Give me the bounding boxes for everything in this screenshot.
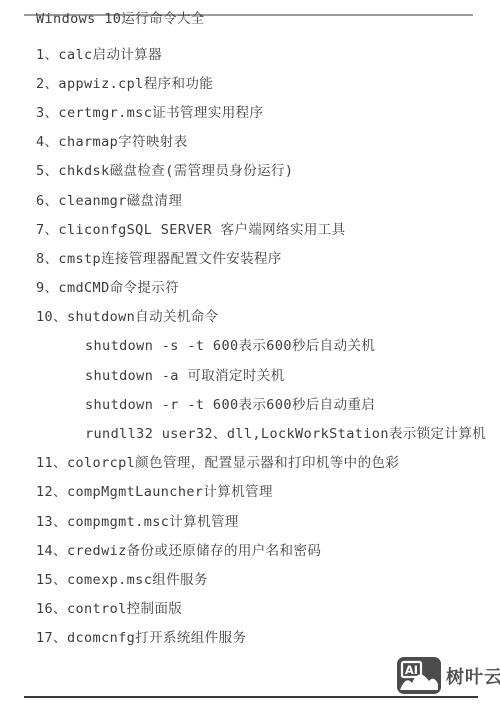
watermark: AI 树叶云	[397, 657, 500, 694]
doc-line: 10、shutdown自动关机命令	[36, 301, 494, 330]
doc-line: 17、dcomcnfg打开系统组件服务	[36, 622, 494, 651]
doc-line: shutdown -r -t 600表示600秒后自动重启	[36, 388, 494, 417]
bottom-rule	[24, 696, 478, 698]
doc-line: 11、colorcpl颜色管理，配置显示器和打印机等中的色彩	[36, 447, 494, 476]
doc-line: 12、compMgmtLauncher计算机管理	[36, 476, 494, 505]
doc-line: 3、certmgr.msc证书管理实用程序	[36, 96, 494, 125]
ai-logo-text: AI	[405, 663, 418, 677]
doc-line: 16、control控制面版	[36, 593, 494, 622]
doc-line: 13、compmgmt.msc计算机管理	[36, 505, 494, 534]
doc-line: 14、credwiz备份或还原储存的用户名和密码	[36, 534, 494, 563]
doc-line: 1、calc启动计算器	[36, 38, 494, 67]
doc-line: 5、chkdsk磁盘检查(需管理员身份运行)	[36, 155, 494, 184]
doc-line: 9、cmdCMD命令提示符	[36, 272, 494, 301]
doc-line: 15、comexp.msc组件服务	[36, 563, 494, 592]
document-title: Windows 10运行命令大全	[36, 7, 205, 27]
ai-photo-logo-icon: AI	[397, 657, 441, 694]
doc-line: shutdown -a 可取消定时关机	[36, 359, 494, 388]
doc-line: rundll32 user32、dll,LockWorkStation表示锁定计…	[36, 417, 494, 446]
doc-line: 2、appwiz.cpl程序和功能	[36, 67, 494, 96]
doc-line: shutdown -s -t 600表示600秒后自动关机	[36, 330, 494, 359]
brand-name: 树叶云	[446, 663, 500, 689]
doc-lines: 1、calc启动计算器2、appwiz.cpl程序和功能3、certmgr.ms…	[36, 38, 494, 651]
doc-line: 6、cleanmgr磁盘清理	[36, 184, 494, 213]
doc-line: 8、cmstp连接管理器配置文件安装程序	[36, 242, 494, 271]
doc-line: 7、cliconfgSQL SERVER 客户端网络实用工具	[36, 213, 494, 242]
doc-line: 4、charmap字符映射表	[36, 126, 494, 155]
